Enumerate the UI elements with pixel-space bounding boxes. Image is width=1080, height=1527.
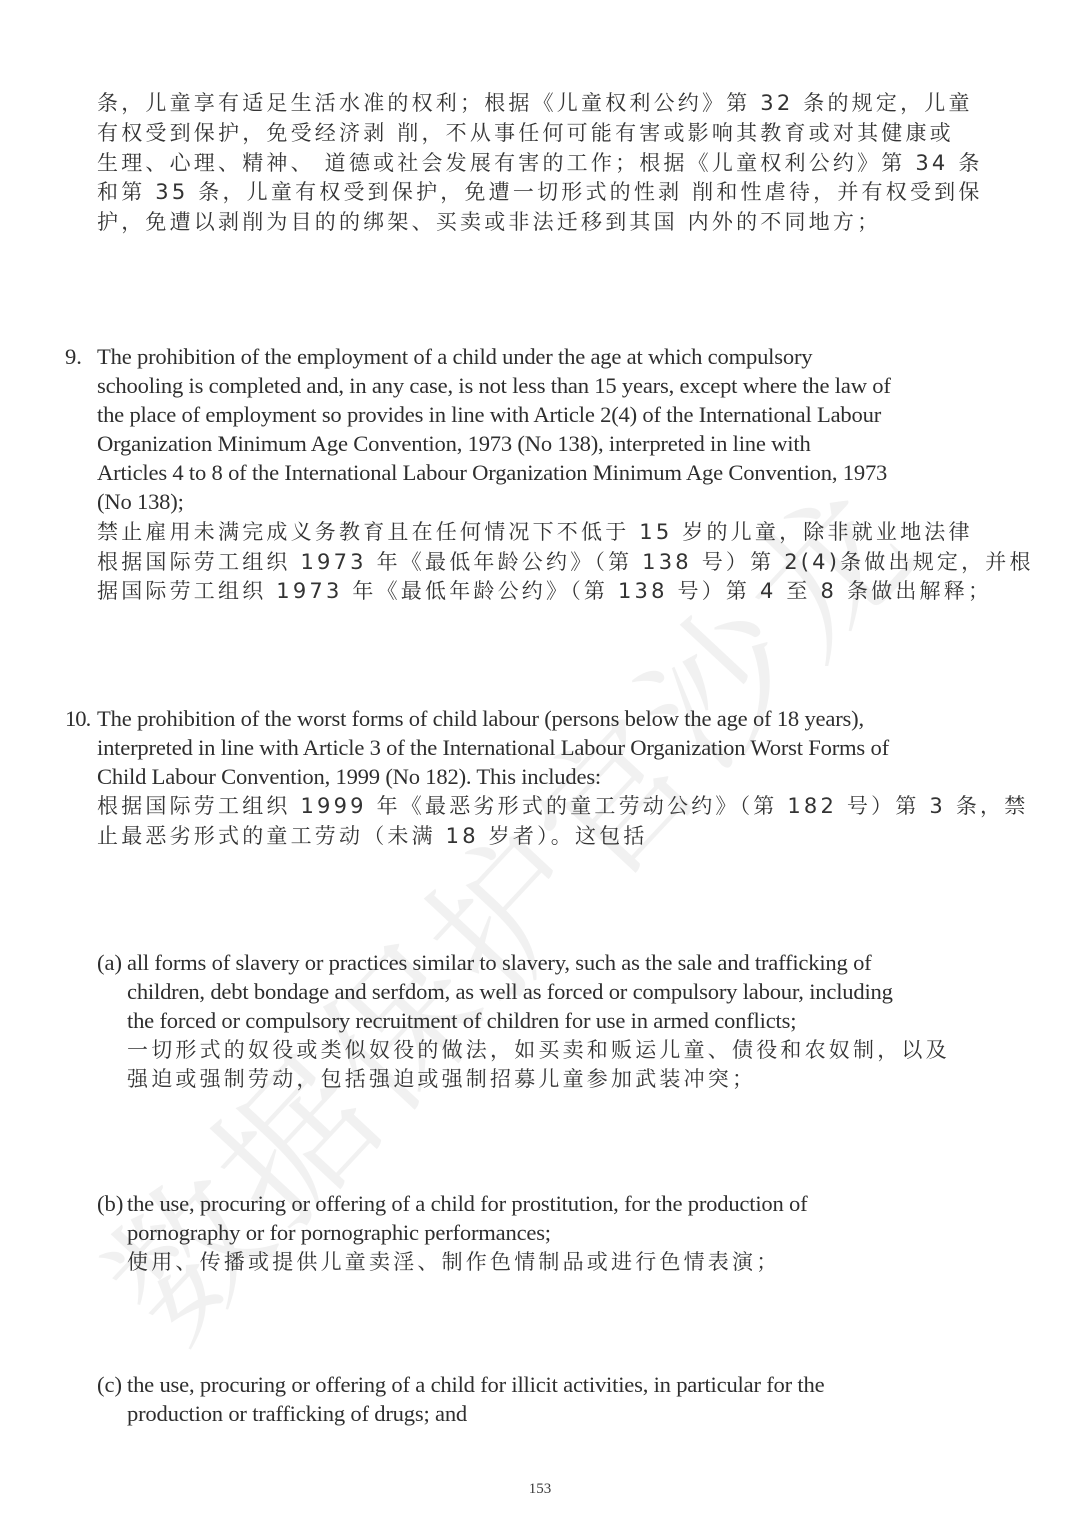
text-line: The prohibition of the worst forms of ch… (97, 704, 864, 733)
text-line: 据国际劳工组织 1973 年《最低年龄公约》（第 138 号）第 4 至 8 条… (97, 577, 992, 606)
text-line: children, debt bondage and serfdom, as w… (127, 977, 893, 1006)
item-marker: 10. (65, 704, 90, 733)
text-line: 禁止雇用未满完成义务教育且在任何情况下不低于 15 岁的儿童，除非就业地法律 (97, 518, 973, 547)
text-line: interpreted in line with Article 3 of th… (97, 733, 889, 762)
text-line: 使用、传播或提供儿童卖淫、制作色情制品或进行色情表演； (127, 1248, 780, 1277)
text-line: 止最恶劣形式的童工劳动（未满 18 岁者）。这包括 (97, 822, 648, 851)
text-line: the forced or compulsory recruitment of … (127, 1006, 796, 1035)
text-line: 生理、心理、精神、 道德或社会发展有害的工作；根据《儿童权利公约》第 34 条 (97, 149, 983, 178)
text-line: all forms of slavery or practices simila… (127, 948, 872, 977)
text-line: production or trafficking of drugs; and (127, 1399, 467, 1428)
text-line: the use, procuring or offering of a chil… (127, 1189, 807, 1218)
text-line: pornography or for pornographic performa… (127, 1218, 551, 1247)
item-marker: 9. (65, 342, 82, 371)
text-line: 有权受到保护，免受经济剥 削，不从事任何可能有害或影响其教育或对其健康或 (97, 119, 954, 148)
text-line: (No 138); (97, 487, 184, 516)
text-line: Organization Minimum Age Convention, 197… (97, 429, 811, 458)
text-line: 根据国际劳工组织 1973 年《最低年龄公约》（第 138 号）第 2(4)条做… (97, 548, 1034, 577)
text-line: 护，免遭以剥削为目的的绑架、买卖或非法迁移到其国 内外的不同地方； (97, 208, 881, 237)
item-marker: (b) (97, 1189, 123, 1218)
text-line: 强迫或强制劳动，包括强迫或强制招募儿童参加武装冲突； (127, 1065, 756, 1094)
text-line: The prohibition of the employment of a c… (97, 342, 812, 371)
text-line: 和第 35 条，儿童有权受到保护，免遭一切形式的性剥 削和性虐待，并有权受到保 (97, 178, 983, 207)
text-line: the use, procuring or offering of a chil… (127, 1370, 824, 1399)
item-marker: (a) (97, 948, 122, 977)
document-page: 数据保护官沙龙 条，儿童享有适足生活水准的权利；根据《儿童权利公约》第 32 条… (0, 0, 1080, 1527)
item-marker: (c) (97, 1370, 122, 1399)
text-line: the place of employment so provides in l… (97, 400, 881, 429)
text-line: 条，儿童享有适足生活水准的权利；根据《儿童权利公约》第 32 条的规定，儿童 (97, 89, 973, 118)
page-number: 153 (0, 1481, 1080, 1498)
text-line: Child Labour Convention, 1999 (No 182). … (97, 762, 601, 791)
text-line: 根据国际劳工组织 1999 年《最恶劣形式的童工劳动公约》（第 182 号）第 … (97, 792, 1028, 821)
text-line: Articles 4 to 8 of the International Lab… (97, 458, 887, 487)
text-line: 一切形式的奴役或类似奴役的做法，如买卖和贩运儿童、债役和农奴制，以及 (127, 1036, 950, 1065)
text-line: schooling is completed and, in any case,… (97, 371, 891, 400)
